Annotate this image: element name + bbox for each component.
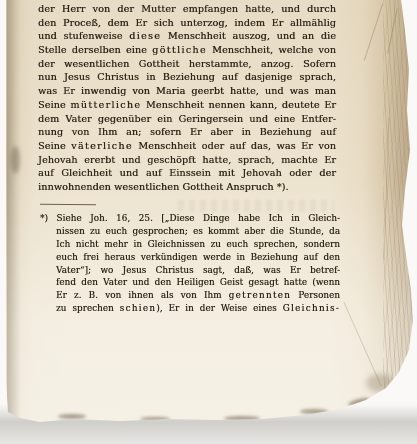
text-segment: Vater“]; wo Jesus Christus sagt, daß, wa… [56,266,340,276]
text-line: der Herr von der Mutter empfangen hatte,… [38,3,336,17]
text-segment: zu sprechen [56,304,120,314]
text-segment: und stufenweise [38,31,129,42]
corner-stain [366,374,394,392]
letterspaced-emphasis: göttliche [152,45,207,56]
text-segment: nun Jesus Christus in Beziehung auf dasj… [38,72,336,83]
text-segment: den Proceß, dem Er sich unterzog, indem … [38,18,336,29]
text-segment: Menschheit nennen kann, deutete Er [141,100,336,111]
text-segment: auf Gleichheit und auf Einssein mit Jeho… [38,168,336,179]
text-segment: was Er inwendig von Maria geerbt hatte, … [38,86,336,97]
text-line: nissen zu euch gesprochen; es kommt aber… [56,226,340,239]
text-segment: dem Vater gegenüber ein Geringersein und… [38,114,336,125]
letterspaced-emphasis: schien [120,304,157,314]
footnote-rule [40,204,96,205]
letterspaced-emphasis: diese [129,31,161,42]
main-text-block: der Herr von der Mutter empfangen hatte,… [38,3,336,195]
text-line: zu sprechen schien), Er in der Weise ein… [56,303,340,316]
text-line: auf Gleichheit und auf Einssein mit Jeho… [38,167,336,181]
text-line: was Er inwendig von Maria geerbt hatte, … [38,85,336,99]
text-segment: Seine [38,141,71,152]
text-segment: nissen zu euch gesprochen; es kommt aber… [56,227,340,237]
text-line: der wesentlichen Gottheit herstammte, an… [38,58,336,72]
text-line: den Proceß, dem Er sich unterzog, indem … [38,17,336,31]
text-segment: Ich nicht mehr in Gleichnissen zu euch s… [56,240,340,250]
text-line: *) Siehe Joh. 16, 25. [„Diese Dinge habe… [56,213,340,226]
text-line: Stelle derselben eine göttliche Menschhe… [38,44,336,58]
text-segment: nung von Ihm an; sofern Er aber in Bezie… [38,127,336,138]
text-segment: Er z. B. von ihnen als von Ihm [56,291,229,301]
text-segment: der wesentlichen Gottheit herstammte, an… [38,59,336,70]
ink-bleedthrough [178,200,334,212]
text-segment: *) Siehe Joh. 16, 25. [„Diese Dinge habe… [40,214,340,224]
text-line: Jehovah ererbt und geschöpft hatte, spra… [38,154,336,168]
letterspaced-emphasis: getrennten [229,291,292,301]
footnote-block: *) Siehe Joh. 16, 25. [„Diese Dinge habe… [40,213,340,316]
text-line: Seine mütterliche Menschheit nennen kann… [38,99,336,113]
text-segment: der Herr von der Mutter empfangen hatte,… [38,4,336,15]
text-line: und stufenweise diese Menschheit auszog,… [38,30,336,44]
ink-smudge [58,414,86,419]
text-line: Vater“]; wo Jesus Christus sagt, daß, wa… [56,265,340,278]
letterspaced-emphasis: Gleichnis- [283,304,340,314]
text-line: nung von Ihm an; sofern Er aber in Bezie… [38,126,336,140]
text-line: innwohnenden wesentlichen Gottheit Anspr… [38,181,336,195]
text-segment: innwohnenden wesentlichen Gottheit Anspr… [38,182,289,193]
scanned-book-photo: der Herr von der Mutter empfangen hatte,… [0,0,417,444]
text-line: Seine väterliche Menschheit oder auf das… [38,140,336,154]
gutter-stain [11,146,20,174]
text-line: nun Jesus Christus in Beziehung auf dasj… [38,71,336,85]
text-segment: Jehovah ererbt und geschöpft hatte, spra… [38,155,336,166]
text-segment: ), Er in der Weise eines [156,304,282,314]
text-segment: Stelle derselben eine [38,45,152,56]
text-line: Er z. B. von ihnen als von Ihm getrennte… [56,290,340,303]
text-line: euch frei heraus verkündigen werde in Be… [56,252,340,265]
page-right-deckle-edge [383,0,417,426]
text-segment: Seine [38,100,70,111]
text-segment: fend den Vater und den Heiligen Geist ge… [56,278,340,288]
text-line: Ich nicht mehr in Gleichnissen zu euch s… [56,239,340,252]
text-segment: Menschheit oder auf das, was Er von [133,141,336,152]
text-line: fend den Vater und den Heiligen Geist ge… [56,277,340,290]
text-segment: Menschheit, welche von [207,45,336,56]
text-segment: euch frei heraus verkündigen werde in Be… [56,253,340,263]
letterspaced-emphasis: väterliche [71,141,133,152]
paper-crease [364,3,383,60]
text-segment: Personen [291,291,340,301]
binding-gutter-shadow [7,0,21,426]
text-segment: Menschheit auszog, und an die [161,31,336,42]
text-line: dem Vater gegenüber ein Geringersein und… [38,113,336,127]
book-page: der Herr von der Mutter empfangen hatte,… [0,0,417,426]
letterspaced-emphasis: mütterliche [70,100,141,111]
